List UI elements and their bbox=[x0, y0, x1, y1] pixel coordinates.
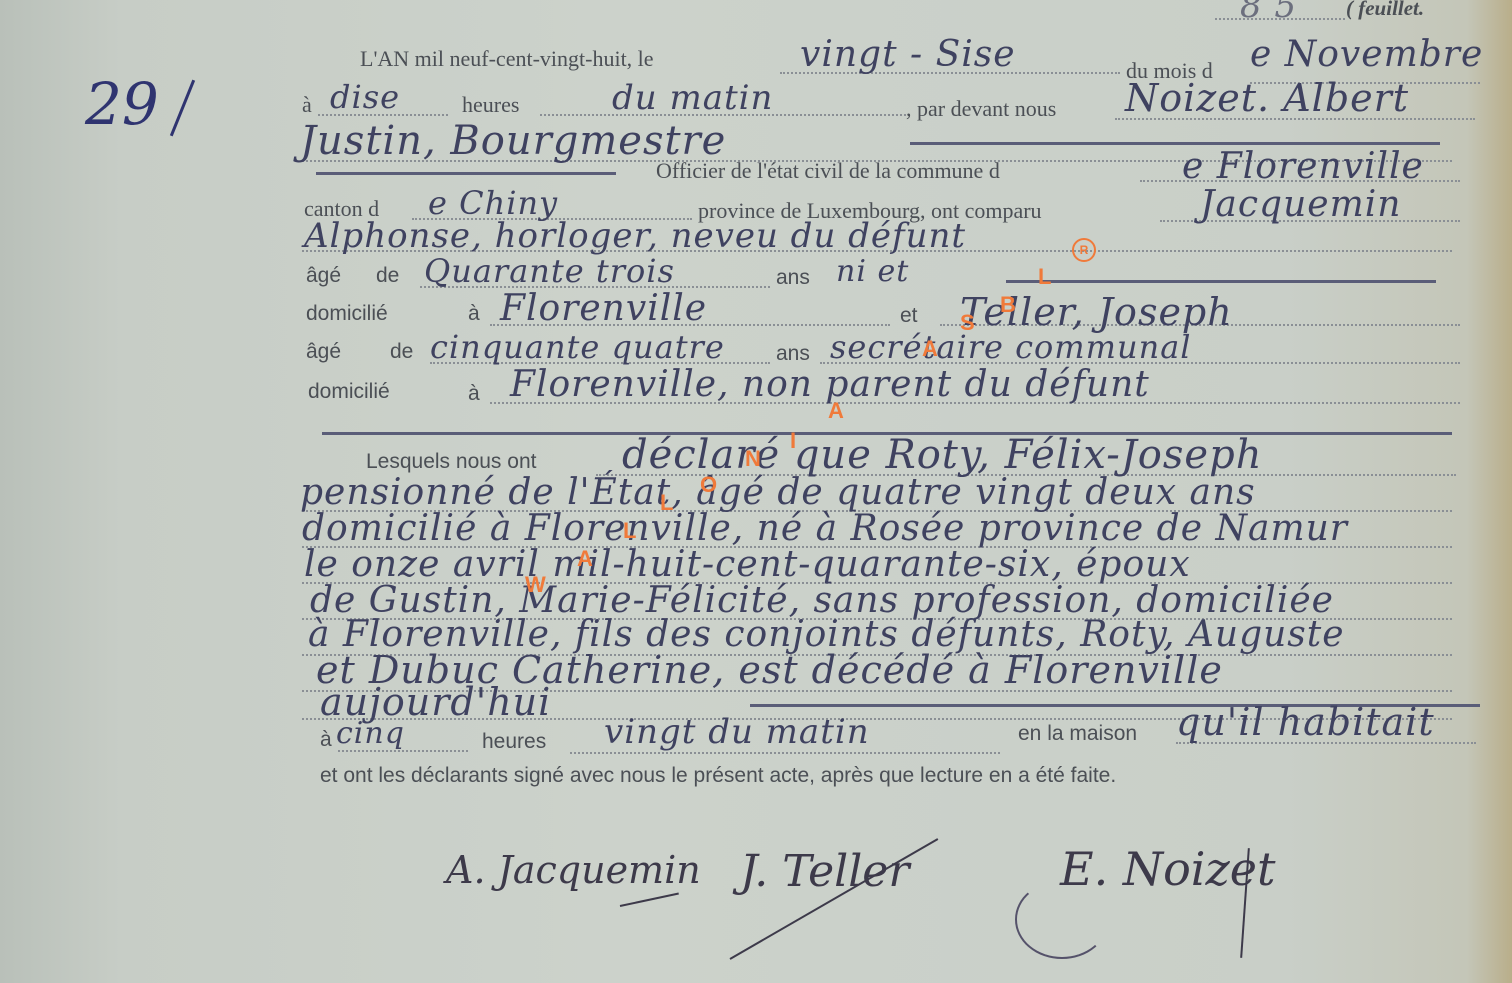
hand-declarant1-age: Quarante trois bbox=[424, 252, 675, 290]
hand-body-line: le onze avril mil-huit-cent-quarante-six… bbox=[304, 544, 1191, 585]
printed-de: de bbox=[376, 264, 399, 288]
printed-domicilie: domicilié bbox=[306, 302, 388, 326]
watermark-letter: B bbox=[1000, 292, 1016, 318]
printed-age: âgé bbox=[306, 264, 341, 288]
printed-age: âgé bbox=[306, 340, 341, 364]
watermark-letter: L bbox=[623, 518, 636, 544]
registered-mark-icon: R bbox=[1072, 238, 1096, 262]
hand-death-hour: cinq bbox=[336, 716, 405, 751]
strike-line bbox=[910, 142, 1440, 145]
fill-line bbox=[1140, 180, 1460, 182]
hand-death-place: qu'il habitait bbox=[1176, 700, 1435, 744]
watermark-letter: N bbox=[745, 446, 761, 472]
printed-year-text: L'AN mil neuf-cent-vingt-huit, le bbox=[360, 46, 654, 72]
printed-a: à bbox=[468, 302, 480, 326]
printed-a: à bbox=[320, 728, 332, 752]
folio-dotted-line bbox=[1215, 18, 1345, 20]
printed-closing: et ont les déclarants signé avec nous le… bbox=[320, 764, 1116, 788]
printed-de: de bbox=[390, 340, 413, 364]
printed-a: à bbox=[468, 382, 480, 406]
printed-officier: Officier de l'état civil de la commune d bbox=[656, 158, 1000, 184]
printed-domicilie: domicilié bbox=[308, 380, 390, 404]
printed-et: et bbox=[900, 304, 918, 328]
hand-declarant1-surname: Jacquemin bbox=[1200, 184, 1401, 225]
printed-ans: ans bbox=[776, 266, 810, 290]
watermark-letter: A bbox=[922, 336, 938, 362]
hand-declarant1-detail: Alphonse, horloger, neveu du défunt bbox=[304, 216, 966, 256]
folio-label: ( feuillet. bbox=[1346, 0, 1424, 21]
printed-a: à bbox=[302, 92, 312, 118]
signature-officer: E. Noizet bbox=[1060, 842, 1275, 896]
printed-heures: heures bbox=[462, 92, 519, 118]
hand-relation: ni et bbox=[836, 254, 909, 289]
strike-line bbox=[316, 172, 616, 175]
fill-line bbox=[570, 752, 1000, 754]
printed-devant-nous: , par devant nous bbox=[906, 96, 1056, 122]
printed-lesquels: Lesquels nous ont bbox=[366, 450, 536, 474]
hand-month: e Novembre bbox=[1250, 34, 1483, 75]
signature-declarant2: J. Teller bbox=[740, 846, 909, 897]
watermark-letter: O bbox=[700, 472, 717, 498]
act-number-stroke bbox=[170, 80, 195, 137]
registry-page: 8 5 ( feuillet. 29 L'AN mil neuf-cent-vi… bbox=[0, 0, 1512, 983]
hand-declarant1-domicile: Florenville bbox=[500, 288, 707, 329]
act-number: 29 bbox=[85, 70, 184, 138]
hand-declarant2-age: cinquante quatre bbox=[430, 328, 725, 366]
strike-line bbox=[1006, 280, 1436, 283]
hand-body-line: domicilié à Florenville, né à Rosée prov… bbox=[302, 508, 1348, 549]
watermark-letter: L bbox=[1038, 264, 1051, 290]
hand-day: vingt - Sise bbox=[800, 34, 1016, 75]
hand-officer-name: Noizet. Albert bbox=[1125, 76, 1409, 120]
hand-hour: dise bbox=[330, 78, 400, 116]
watermark-letter: L bbox=[660, 490, 673, 516]
printed-maison: en la maison bbox=[1018, 722, 1137, 746]
signature-loop bbox=[1015, 880, 1109, 959]
watermark-letter: A bbox=[577, 546, 593, 572]
watermark-letter: W bbox=[525, 572, 546, 598]
hand-declarant2-profession: secrétaire communal bbox=[830, 328, 1192, 366]
watermark-letter: S bbox=[960, 310, 975, 336]
hand-body-line: pensionné de l'État, âgé de quatre vingt… bbox=[300, 472, 1256, 513]
signature-flourish bbox=[620, 893, 679, 907]
hand-death-minutes: vingt du matin bbox=[604, 712, 870, 752]
printed-ans: ans bbox=[776, 342, 810, 366]
signature-declarant1: A. Jacquemin bbox=[446, 848, 701, 892]
printed-heures: heures bbox=[482, 730, 546, 754]
watermark-letter: A bbox=[828, 398, 844, 424]
hand-time-of-day: du matin bbox=[612, 78, 773, 118]
watermark-letter: I bbox=[790, 428, 796, 454]
folio-number: 8 5 bbox=[1240, 0, 1297, 26]
